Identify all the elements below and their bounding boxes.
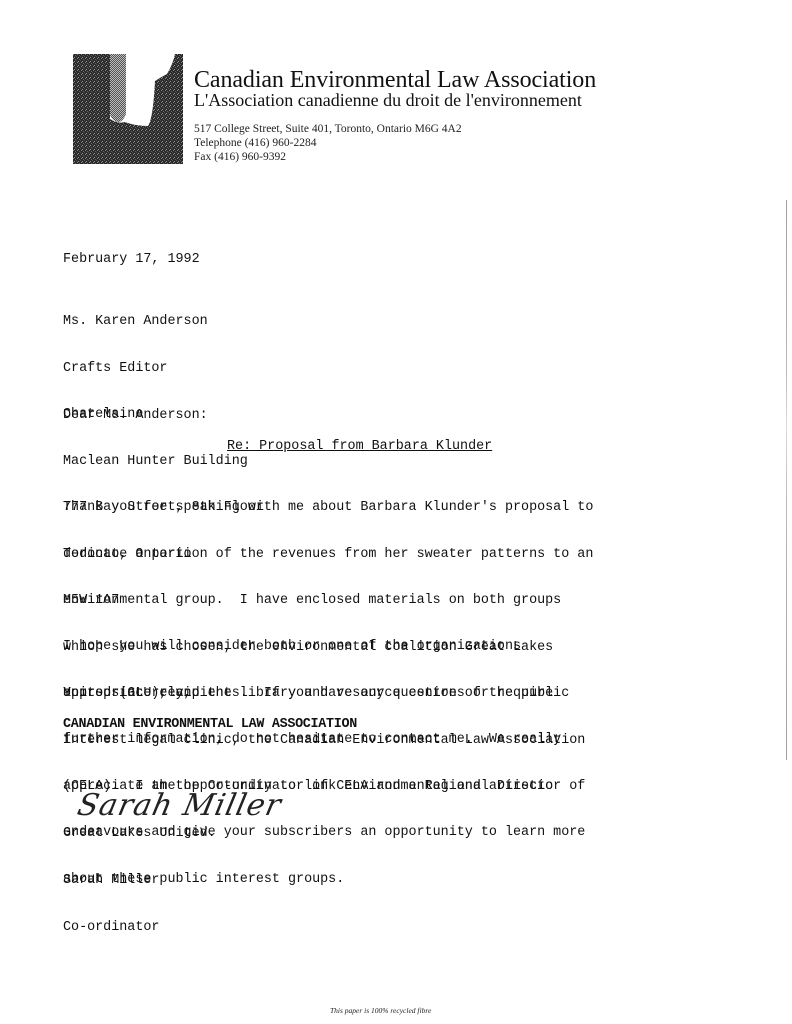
letter-page: Canadian Environmental Law Association L… <box>0 0 792 1024</box>
paragraph-line: environmental group. I have enclosed mat… <box>63 593 593 609</box>
signer-title: Co-ordinator <box>63 920 159 936</box>
letter-date: February 17, 1992 <box>63 252 200 268</box>
paragraph-line: I hope you will consider both or one of … <box>63 639 585 655</box>
paragraph-line: Thank you for speaking with me about Bar… <box>63 500 593 516</box>
paragraph-line: dedicate a portion of the revenues from … <box>63 547 593 563</box>
letterhead-address: 517 College Street, Suite 401, Toronto, … <box>194 122 462 136</box>
scan-edge-line <box>786 200 787 760</box>
recipient-line: Ms. Karen Anderson <box>63 314 264 330</box>
org-name-french: L'Association canadienne du droit de l'e… <box>194 90 582 110</box>
subject-line: Re: Proposal from Barbara Klunder <box>227 439 492 455</box>
signer-name: Sarah Miller <box>63 873 159 889</box>
letterhead-telephone: Telephone (416) 960-2284 <box>194 136 462 150</box>
salutation: Dear Ms. Anderson: <box>63 408 208 424</box>
sender-organization: CANADIAN ENVIRONMENTAL LAW ASSOCIATION <box>63 717 357 733</box>
letterhead-fax: Fax (416) 960-9392 <box>194 150 462 164</box>
signer-block: Sarah Miller Co-ordinator <box>63 842 159 966</box>
closing: Yours sincerely, <box>63 686 192 702</box>
paragraph-line: further information, do not hesitate to … <box>63 732 585 748</box>
recipient-line: Maclean Hunter Building <box>63 454 264 470</box>
recipient-line: Crafts Editor <box>63 361 264 377</box>
handwritten-signature: Sarah Miller <box>74 788 285 823</box>
cela-u-logo-icon <box>73 54 183 164</box>
letterhead-contact: 517 College Street, Suite 401, Toronto, … <box>194 122 462 164</box>
paragraph-line: endeavours and give your subscribers an … <box>63 825 585 841</box>
recycled-paper-note: This paper is 100% recycled fibre <box>330 1006 431 1015</box>
